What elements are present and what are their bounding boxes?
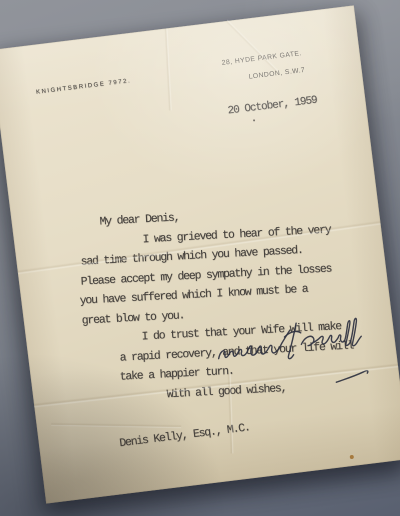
signature-stroke xyxy=(287,323,298,359)
paper-crease-vertical-top xyxy=(164,28,172,110)
letterhead-address-line2: LONDON, S.W.7 xyxy=(248,67,305,81)
signature-stroke xyxy=(300,318,362,348)
foxing-spot xyxy=(350,455,354,459)
letter-paper: KNIGHTSBRIDGE 7972. 28, HYDE PARK GATE. … xyxy=(0,5,400,503)
photo-background: KNIGHTSBRIDGE 7972. 28, HYDE PARK GATE. … xyxy=(0,0,400,516)
letterhead-telephone: KNIGHTSBRIDGE 7972. xyxy=(36,78,132,96)
stray-ink-dot xyxy=(253,119,255,121)
signature-flourish xyxy=(336,371,368,383)
signature-stroke xyxy=(217,330,291,359)
letterhead-address-line1: 28, HYDE PARK GATE. xyxy=(221,50,302,67)
letter-body: My dear Denis,I was grieved to hear of t… xyxy=(73,155,381,447)
date-line: 20 October, 1959 xyxy=(227,95,317,118)
signature-autograph xyxy=(211,307,380,399)
